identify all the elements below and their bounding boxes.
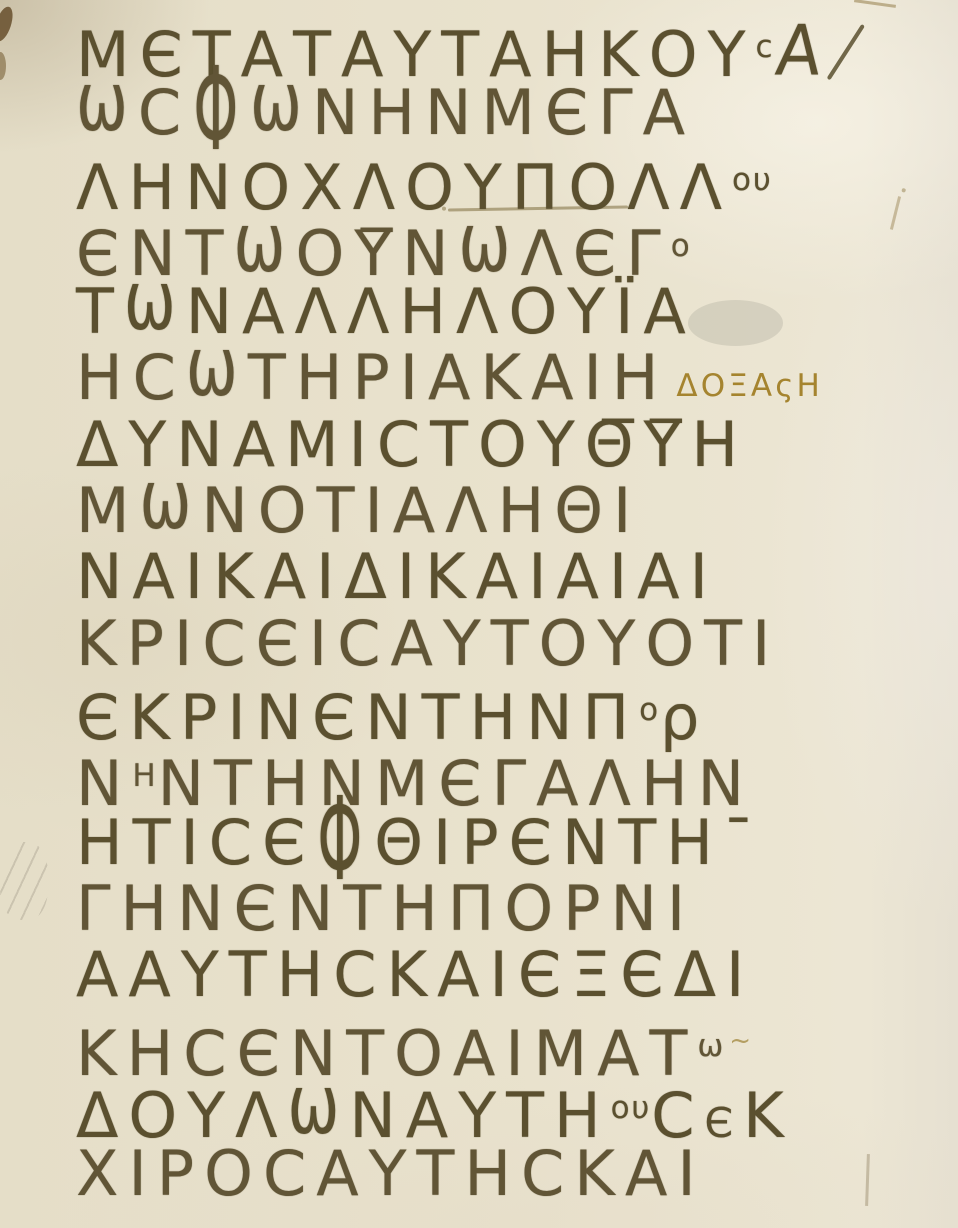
text-line: ЄΚΡΙΝЄΝΤΗΝΠορ: [76, 677, 827, 743]
ink-blot-top-left-1: [0, 5, 16, 44]
text-line: ΗΤΙCЄΦΘΙΡЄΝΤΗ¯: [76, 810, 827, 876]
text-segment: ΓΗΝЄΝΤΗΠΟΡΝΙ: [76, 872, 695, 945]
text-segment: ΔΟΞΑςΗ: [668, 368, 823, 404]
uncial-omega: ω: [250, 59, 312, 147]
text-segment: ω: [697, 1028, 725, 1064]
text-segment: ΧΙΡΟCΑΥΤΗCΚΑΙ: [76, 1137, 706, 1210]
text-segment: ΚΡΙCЄΙCΑΥΤΟΥΟΤΙ: [76, 607, 780, 680]
stroke-bottom-right: [865, 1154, 870, 1206]
text-segment: ωΝΗΝΜЄΓΑ: [250, 76, 695, 149]
text-segment: Є: [705, 1099, 744, 1147]
text-segment: Φ: [318, 779, 372, 902]
uncial-omega: ω: [288, 1062, 350, 1150]
margin-mark-right-line4: [890, 196, 901, 230]
parchment-page: ΜЄΤΑΤΑΥΤΑΗΚΟΥcΑωCΦωΝΗΝΜЄΓΑΛΗΝΟΧΛΟΥΠΟΛΛου…: [0, 0, 958, 1228]
text-line: ΓΗΝЄΝΤΗΠΟΡΝΙ: [76, 876, 827, 942]
uncial-omega: ω: [140, 457, 202, 545]
text-segment: ΤωΝΑΛΛΗΛΟΥΪΑ: [76, 275, 696, 348]
text-segment: ΗΤΙCЄ: [76, 806, 315, 879]
text-line: ΝΗΝΤΗΝΜЄΓΑΛΗΝ: [76, 743, 827, 809]
ink-blot-top-left-2: [0, 52, 6, 80]
text-line: ΛΗΝΟΧΛΟΥΠΟΛΛου: [76, 147, 827, 213]
text-segment: c: [755, 29, 774, 65]
text-line: ΝΑΙΚΑΙΔΙΚΑΙΑΙΑΙ: [76, 544, 827, 610]
text-segment: ο: [671, 228, 692, 264]
text-line: ΧΙΡΟCΑΥΤΗCΚΑΙ: [76, 1141, 827, 1207]
text-block: ΜЄΤΑΤΑΥΤΑΗΚΟΥcΑωCΦωΝΗΝΜЄΓΑΛΗΝΟΧΛΟΥΠΟΛΛου…: [76, 14, 827, 1207]
text-line: ΜЄΤΑΤΑΥΤΑΗΚΟΥcΑ: [76, 14, 827, 80]
text-segment: Α: [773, 14, 836, 88]
text-segment: ου: [611, 1090, 652, 1126]
text-segment: ΜωΝΟΤΙΑΛΗΘΙ: [76, 474, 641, 547]
text-segment: ΑΑΥΤΗCΚΑΙЄΞЄΔΙ: [76, 938, 754, 1011]
text-segment: ~: [725, 1026, 761, 1056]
uncial-omega: ω: [459, 200, 521, 288]
text-line: ΜωΝΟΤΙΑΛΗΘΙ: [76, 478, 827, 544]
text-line: ΗCωΤΗΡΙΑΚΑΙΗΔΟΞΑςΗ: [76, 345, 827, 411]
margin-smudge-left: [0, 842, 48, 920]
uncial-omega: ω: [124, 258, 186, 346]
text-segment: ΘΙΡЄΝΤΗ¯: [374, 806, 764, 879]
text-segment: ΝΑΙΚΑΙΔΙΚΑΙΑΙΑΙ: [76, 540, 718, 613]
uncial-omega: ω: [234, 200, 296, 288]
text-segment: ο: [639, 692, 660, 728]
text-segment: ου: [732, 162, 773, 198]
text-segment: ΗCωΤΗΡΙΑΚΑΙΗ: [76, 341, 668, 414]
text-line: ΚΗCЄΝΤΟΑΙΜΑΤω~: [76, 1008, 827, 1074]
uncial-omega: ω: [186, 324, 248, 412]
text-line: ΚΡΙCЄΙCΑΥΤΟΥΟΤΙ: [76, 611, 827, 677]
text-segment: Η: [132, 758, 157, 794]
text-segment: Φ: [194, 49, 248, 172]
text-segment: ωC: [76, 76, 191, 149]
uncial-omega: ω: [76, 59, 138, 147]
text-segment: Κ: [743, 1079, 794, 1152]
text-line: ΑΑΥΤΗCΚΑΙЄΞЄΔΙ: [76, 942, 827, 1008]
text-line: ΔΟΥΛωΝΑΥΤΗουCЄΚ: [76, 1075, 827, 1141]
margin-mark-top-right: [854, 0, 896, 8]
